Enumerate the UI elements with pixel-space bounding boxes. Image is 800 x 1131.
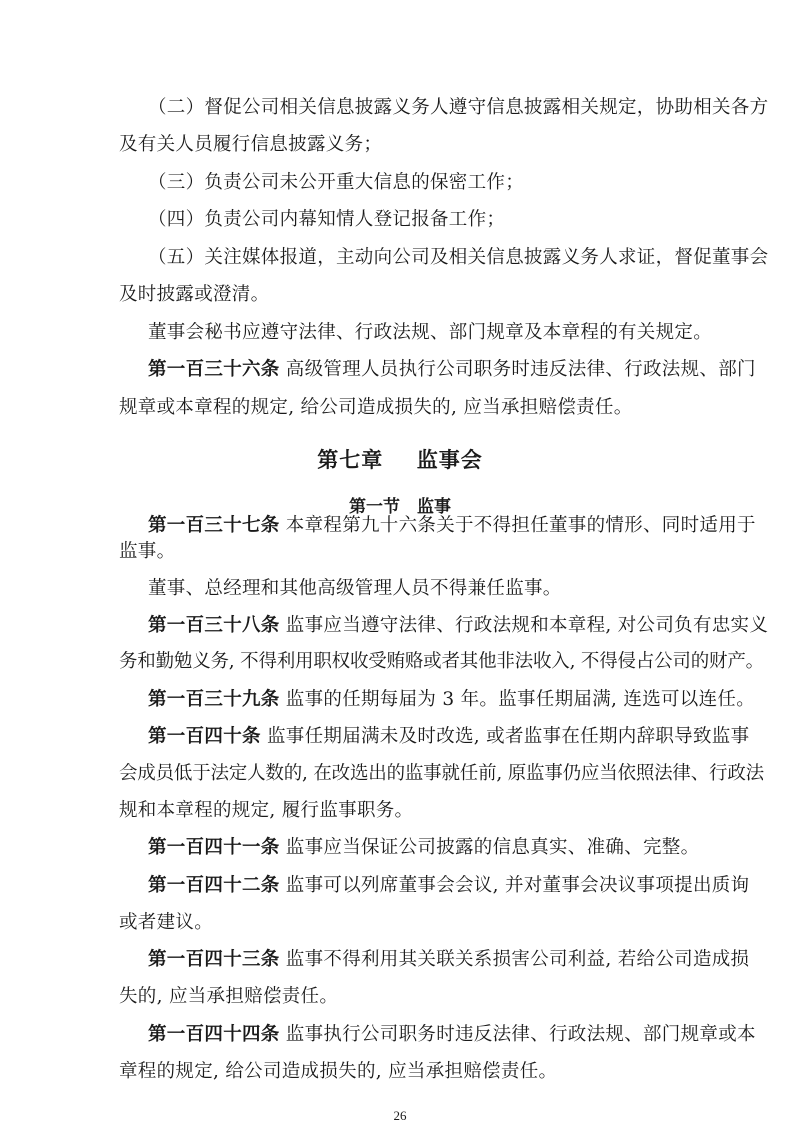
- article-143-text: 监事不得利用其关联关系损害公司利益, 若给公司造成损: [286, 949, 750, 970]
- article-144-label: 第一百四十四条: [148, 1024, 280, 1045]
- article-137-text: 本章程第九十六条关于不得担任董事的情形、同时适用于: [286, 515, 756, 536]
- article-136-line-2: 规章或本章程的规定, 给公司造成损失的, 应当承担赔偿责任。: [119, 396, 699, 420]
- page-number: 26: [0, 1108, 800, 1124]
- article-143-line-2: 失的, 应当承担赔偿责任。: [119, 985, 699, 1009]
- article-140-line-3: 规和本章程的规定, 履行监事职务。: [119, 799, 699, 823]
- article-138-line-1: 第一百三十八条 监事应当遵守法律、行政法规和本章程, 对公司负有忠实义: [148, 614, 699, 638]
- article-144-line-1: 第一百四十四条 监事执行公司职务时违反法律、行政法规、部门规章或本: [148, 1023, 699, 1047]
- article-138-line-2: 务和勤勉义务, 不得利用职权收受贿赂或者其他非法收入, 不得侵占公司的财产。: [119, 650, 699, 674]
- chapter-number: 第七章: [317, 448, 383, 472]
- article-144-line-2: 章程的规定, 给公司造成损失的, 应当承担赔偿责任。: [119, 1060, 699, 1084]
- paragraph-no-concurrent: 董事、总经理和其他高级管理人员不得兼任监事。: [148, 577, 699, 601]
- paragraph-item-5-line-1: （五）关注媒体报道，主动向公司及相关信息披露义务人求证，督促董事会: [148, 246, 699, 270]
- article-140-line-2: 会成员低于法定人数的, 在改选出的监事就任前, 原监事仍应当依照法律、行政法: [119, 762, 699, 786]
- article-142-line-1: 第一百四十二条 监事可以列席董事会会议, 并对董事会决议事项提出质询: [148, 874, 699, 898]
- article-139: 第一百三十九条 监事的任期每届为 3 年。监事任期届满, 连选可以连任。: [148, 688, 699, 712]
- paragraph-item-4: （四）负责公司内幕知情人登记报备工作；: [148, 208, 699, 232]
- article-136-label: 第一百三十六条: [148, 359, 280, 380]
- article-142-text: 监事可以列席董事会会议, 并对董事会决议事项提出质询: [286, 875, 750, 896]
- paragraph-secretary-compliance: 董事会秘书应遵守法律、行政法规、部门规章及本章程的有关规定。: [148, 321, 699, 345]
- paragraph-item-2-line-2: 及有关人员履行信息披露义务；: [119, 133, 699, 157]
- article-141-text: 监事应当保证公司披露的信息真实、准确、完整。: [286, 837, 700, 858]
- article-140-text: 监事任期届满未及时改选, 或者监事在任期内辞职导致监事: [267, 726, 749, 747]
- article-137-label: 第一百三十七条: [148, 515, 280, 536]
- article-137-line-2: 监事。: [119, 540, 699, 564]
- chapter-heading: 第七章监事会: [0, 444, 800, 474]
- article-143-label: 第一百四十三条: [148, 949, 280, 970]
- article-143-line-1: 第一百四十三条 监事不得利用其关联关系损害公司利益, 若给公司造成损: [148, 948, 699, 972]
- article-136-line-1: 第一百三十六条 高级管理人员执行公司职务时违反法律、行政法规、部门: [148, 358, 699, 382]
- article-142-label: 第一百四十二条: [148, 875, 280, 896]
- article-142-line-2: 或者建议。: [119, 911, 699, 935]
- article-139-text: 监事的任期每届为 3 年。监事任期届满, 连选可以连任。: [286, 689, 755, 710]
- article-140-label: 第一百四十条: [148, 726, 261, 747]
- article-138-label: 第一百三十八条: [148, 615, 280, 636]
- article-137-line-1: 第一百三十七条 本章程第九十六条关于不得担任董事的情形、同时适用于: [148, 514, 699, 538]
- paragraph-item-2-line-1: （二）督促公司相关信息披露义务人遵守信息披露相关规定，协助相关各方: [148, 96, 699, 120]
- article-139-label: 第一百三十九条: [148, 689, 280, 710]
- document-page: （二）督促公司相关信息披露义务人遵守信息披露相关规定，协助相关各方 及有关人员履…: [0, 0, 800, 1131]
- paragraph-item-3: （三）负责公司未公开重大信息的保密工作；: [148, 171, 699, 195]
- article-136-text: 高级管理人员执行公司职务时违反法律、行政法规、部门: [286, 359, 756, 380]
- article-144-text: 监事执行公司职务时违反法律、行政法规、部门规章或本: [286, 1024, 756, 1045]
- article-141: 第一百四十一条 监事应当保证公司披露的信息真实、准确、完整。: [148, 836, 699, 860]
- article-138-text: 监事应当遵守法律、行政法规和本章程, 对公司负有忠实义: [286, 615, 768, 636]
- chapter-title: 监事会: [417, 448, 483, 472]
- article-140-line-1: 第一百四十条 监事任期届满未及时改选, 或者监事在任期内辞职导致监事: [148, 725, 699, 749]
- article-141-label: 第一百四十一条: [148, 837, 280, 858]
- paragraph-item-5-line-2: 及时披露或澄清。: [119, 283, 699, 307]
